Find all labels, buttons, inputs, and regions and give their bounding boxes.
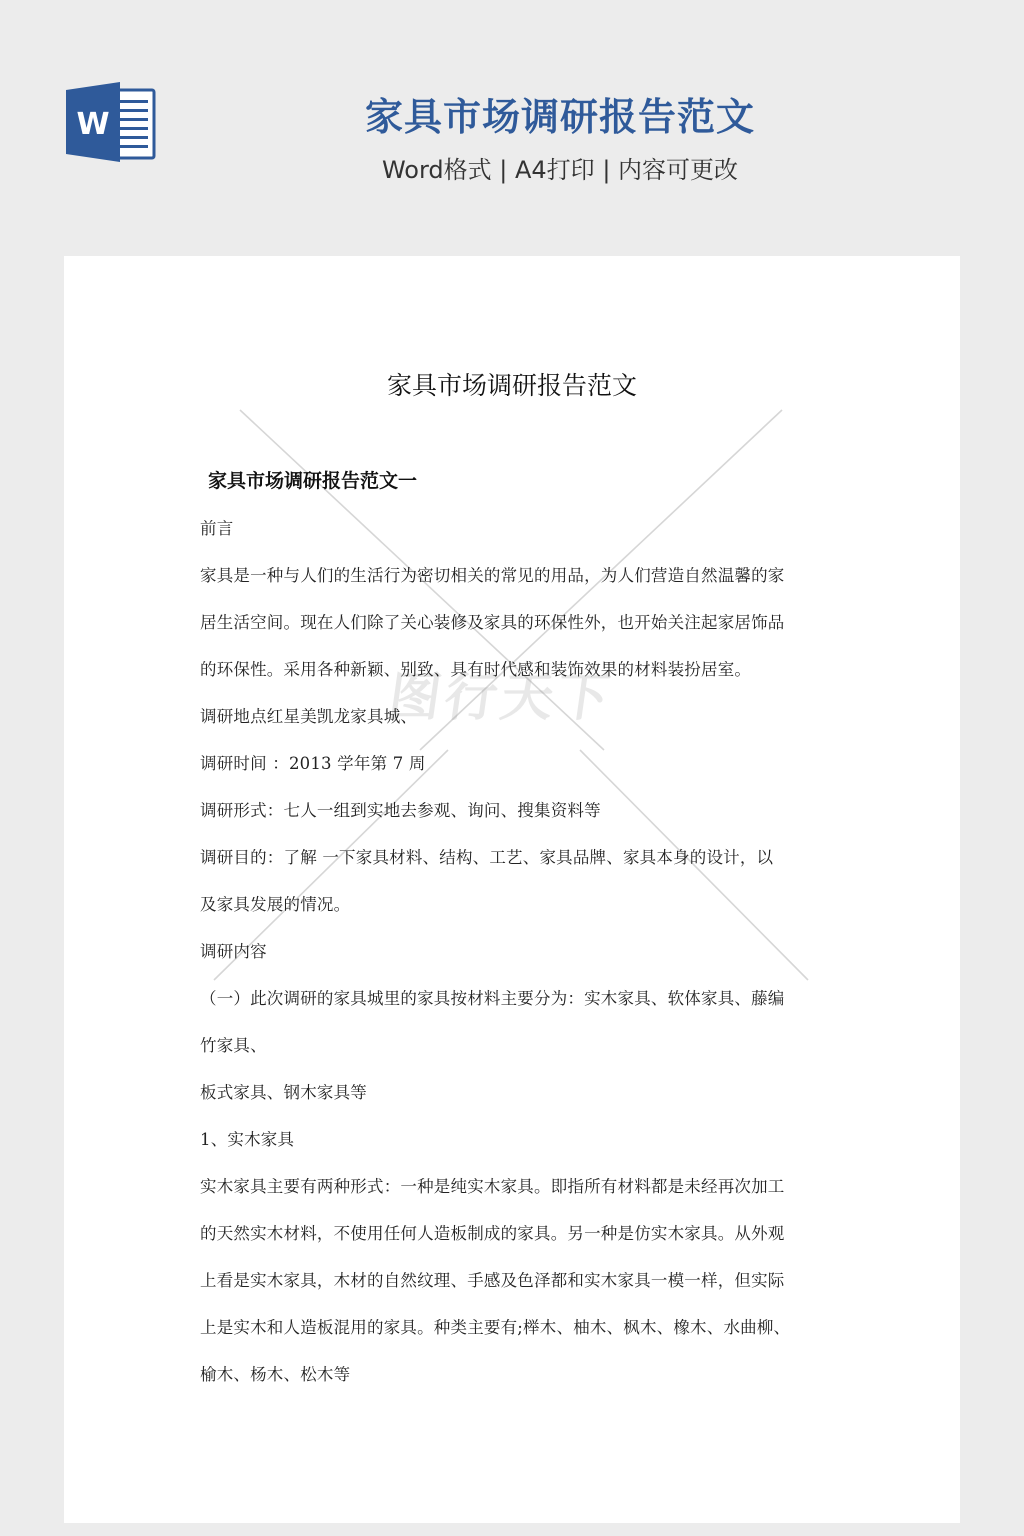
document-page: 图行天下 家具市场调研报告范文 家具市场调研报告范文一 前言 家具是一种与人们的… [64,256,960,1523]
paragraph-line: 板式家具、钢木家具等 [200,1078,828,1125]
paragraph-line: 调研地点红星美凯龙家具城、 [200,702,828,749]
paragraph-line: 及家具发展的情况。 [200,890,828,937]
paragraph-line: （一）此次调研的家具城里的家具按材料主要分为：实木家具、软体家具、藤编 [200,984,828,1031]
paragraph-line: 居生活空间。现在人们除了关心装修及家具的环保性外，也开始关注起家居饰品 [200,608,828,655]
paragraph-line: 上看是实木家具，木材的自然纹理、手感及色泽都和实木家具一模一样，但实际 [200,1266,828,1313]
paragraph-line: 实木家具主要有两种形式：一种是纯实木家具。即指所有材料都是未经再次加工 [200,1172,828,1219]
paragraph-line: 的环保性。采用各种新颖、别致、具有时代感和装饰效果的材料装扮居室。 [200,655,828,702]
banner-title: 家具市场调研报告范文 [340,92,780,142]
document-body: 前言 家具是一种与人们的生活行为密切相关的常见的用品，为人们营造自然温馨的家 居… [200,514,828,1407]
paragraph-line: 前言 [200,514,828,561]
banner-subtitle: Word格式 | A4打印 | 内容可更改 [340,152,780,188]
section-heading: 家具市场调研报告范文一 [208,466,417,496]
paragraph-line: 竹家具、 [200,1031,828,1078]
paragraph-line: 1、实木家具 [200,1125,828,1172]
word-icon: W [64,80,156,164]
paragraph-line: 上是实木和人造板混用的家具。种类主要有;榉木、柚木、枫木、橡木、水曲柳、 [200,1313,828,1360]
paragraph-line: 的天然实木材料，不使用任何人造板制成的家具。另一种是仿实木家具。从外观 [200,1219,828,1266]
paragraph-line: 调研目的：了解 一下家具材料、结构、工艺、家具品牌、家具本身的设计，以 [200,843,828,890]
paragraph-line: 调研时间 ：2013 学年第 7 周 [200,749,828,796]
paragraph-line: 调研形式：七人一组到实地去参观、询问、搜集资料等 [200,796,828,843]
paragraph-line: 调研内容 [200,937,828,984]
document-title: 家具市场调研报告范文 [64,366,960,406]
paragraph-line: 榆木、杨木、松木等 [200,1360,828,1407]
svg-text:W: W [76,107,109,142]
paragraph-line: 家具是一种与人们的生活行为密切相关的常见的用品，为人们营造自然温馨的家 [200,561,828,608]
